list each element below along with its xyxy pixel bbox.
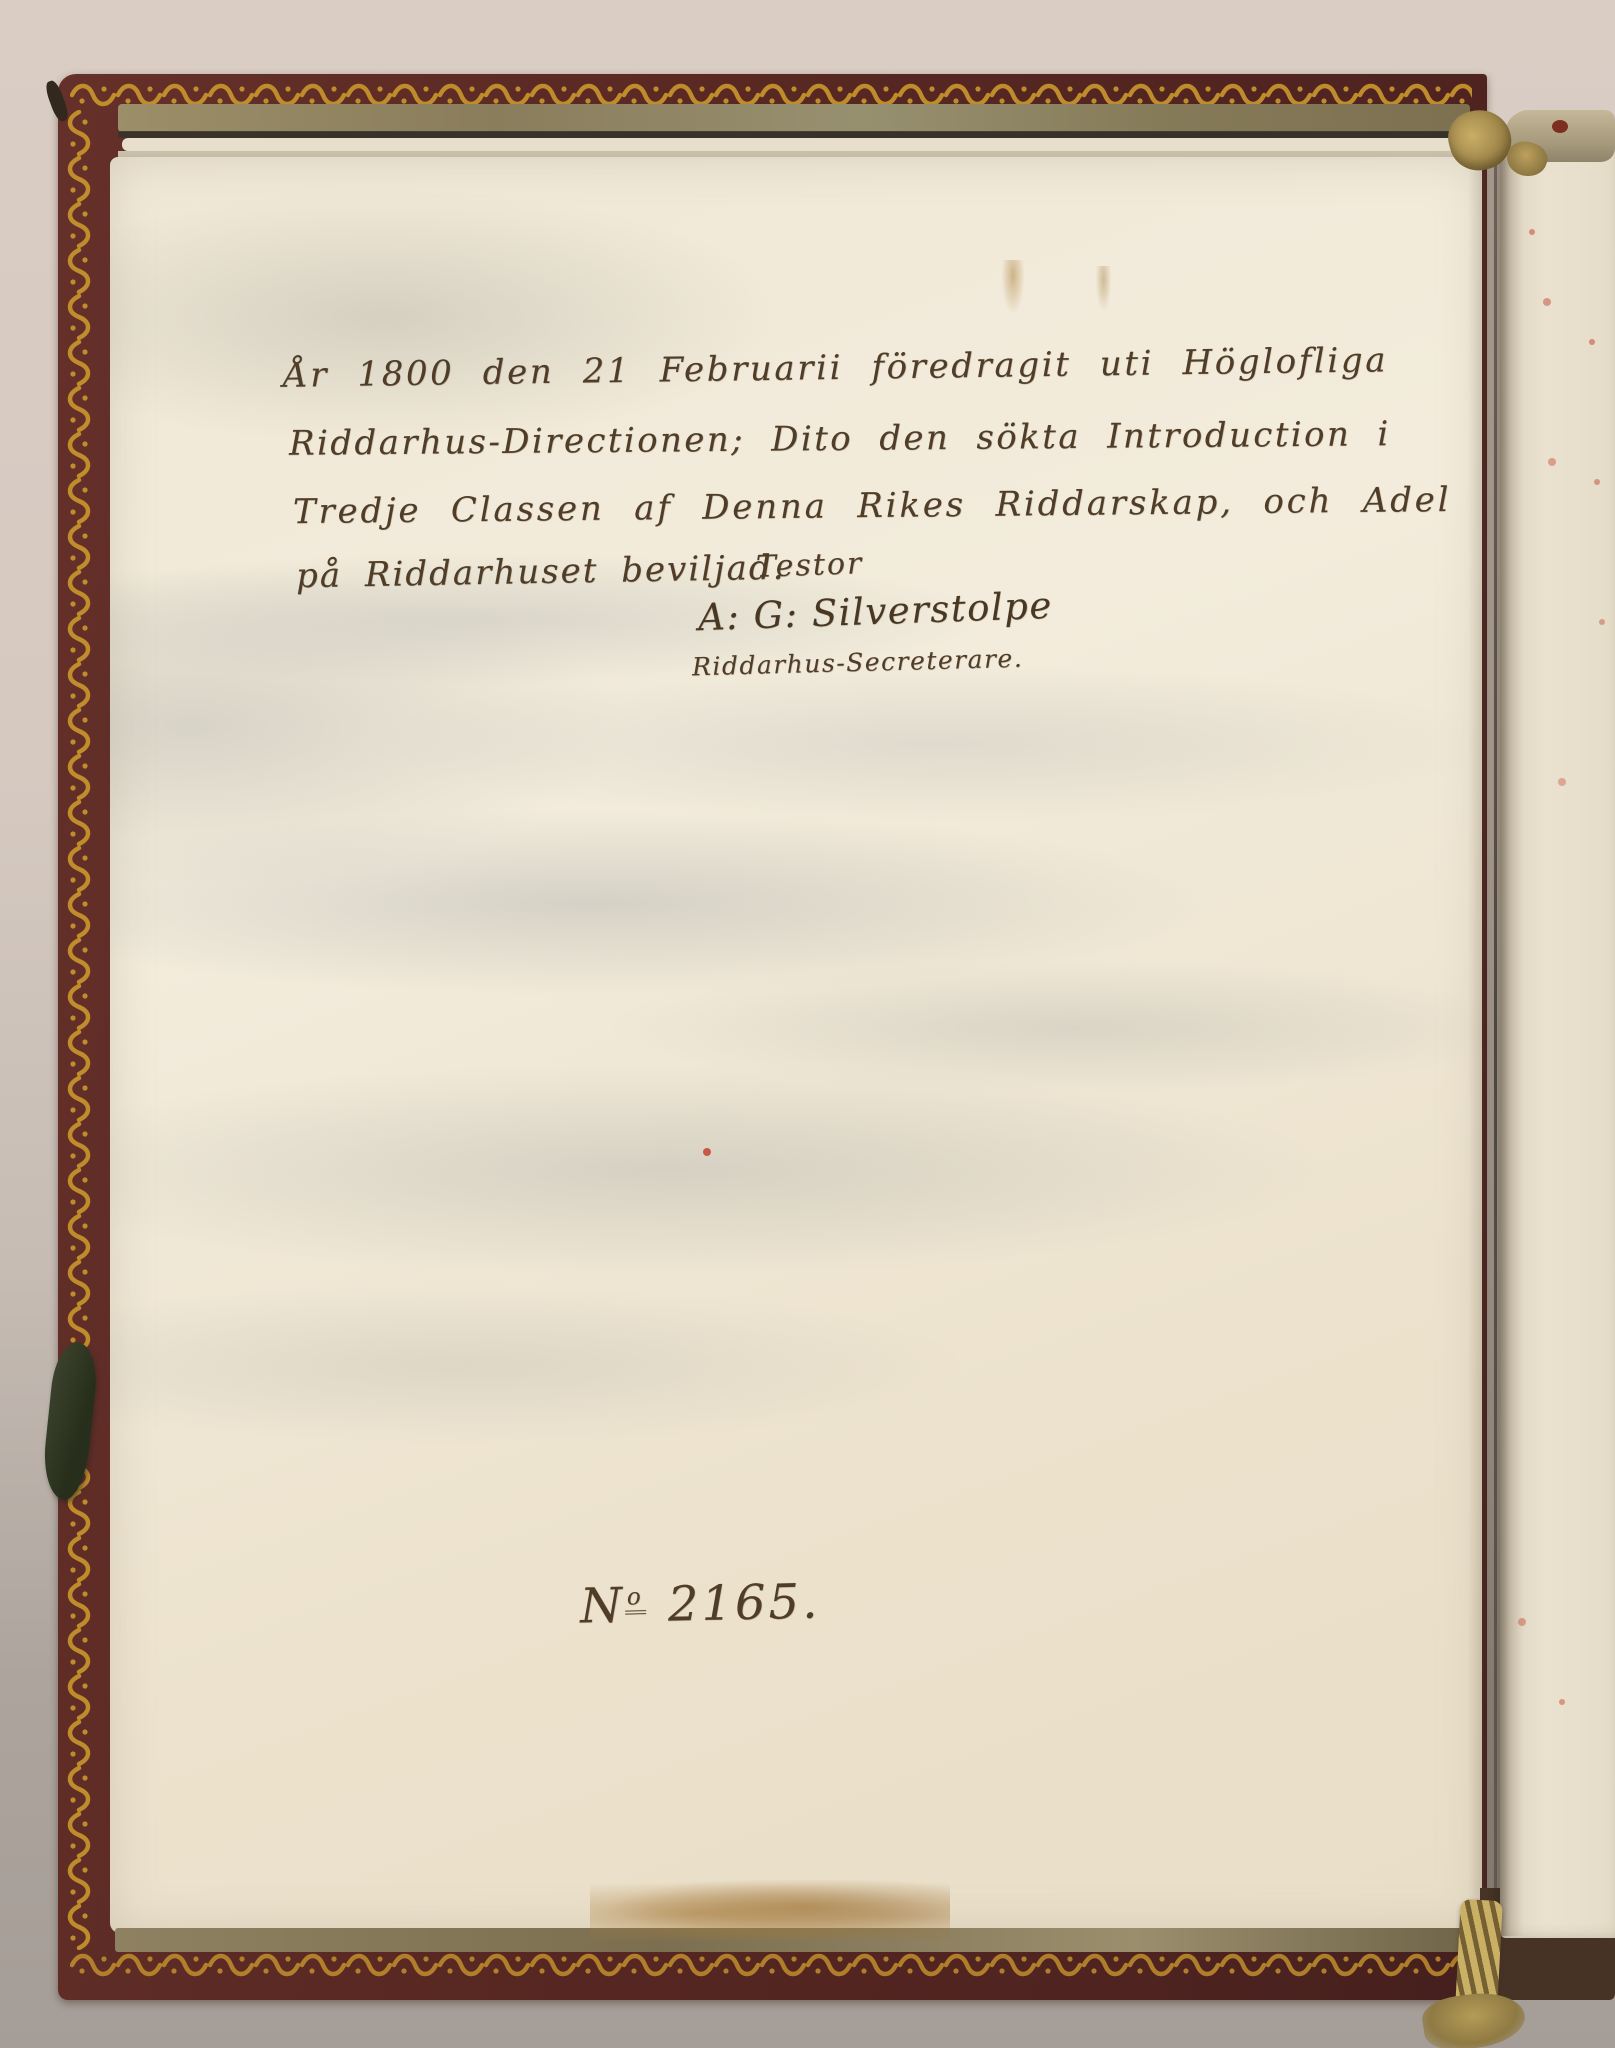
gold-tooling-left-border [66, 110, 92, 1950]
handwritten-line-4: på Riddarhuset beviljad. [296, 548, 786, 597]
gold-tooling-bottom-border [70, 1952, 1615, 1978]
attestation-word: Testor [755, 546, 863, 585]
page-stack-shadow-gap [118, 131, 1470, 138]
gutter-crease-line [1494, 162, 1497, 1930]
stain-drip-small [1096, 266, 1111, 310]
number-value: 2165. [667, 1573, 821, 1632]
number-prefix: N [579, 1578, 625, 1635]
stain-drip [1002, 260, 1024, 312]
stain-bottom-edge [590, 1880, 950, 1940]
red-speck [703, 1148, 711, 1156]
page-number-inscription: No2165. [579, 1573, 820, 1634]
number-ordinal-mark: o [625, 1584, 646, 1614]
red-wax-dot [1552, 120, 1568, 133]
vellum-turn-in-top [118, 104, 1470, 132]
book-scan-background: År 1800 den 21 Februarii föredragit uti … [0, 0, 1615, 2048]
page-edge-strip [122, 138, 1468, 151]
